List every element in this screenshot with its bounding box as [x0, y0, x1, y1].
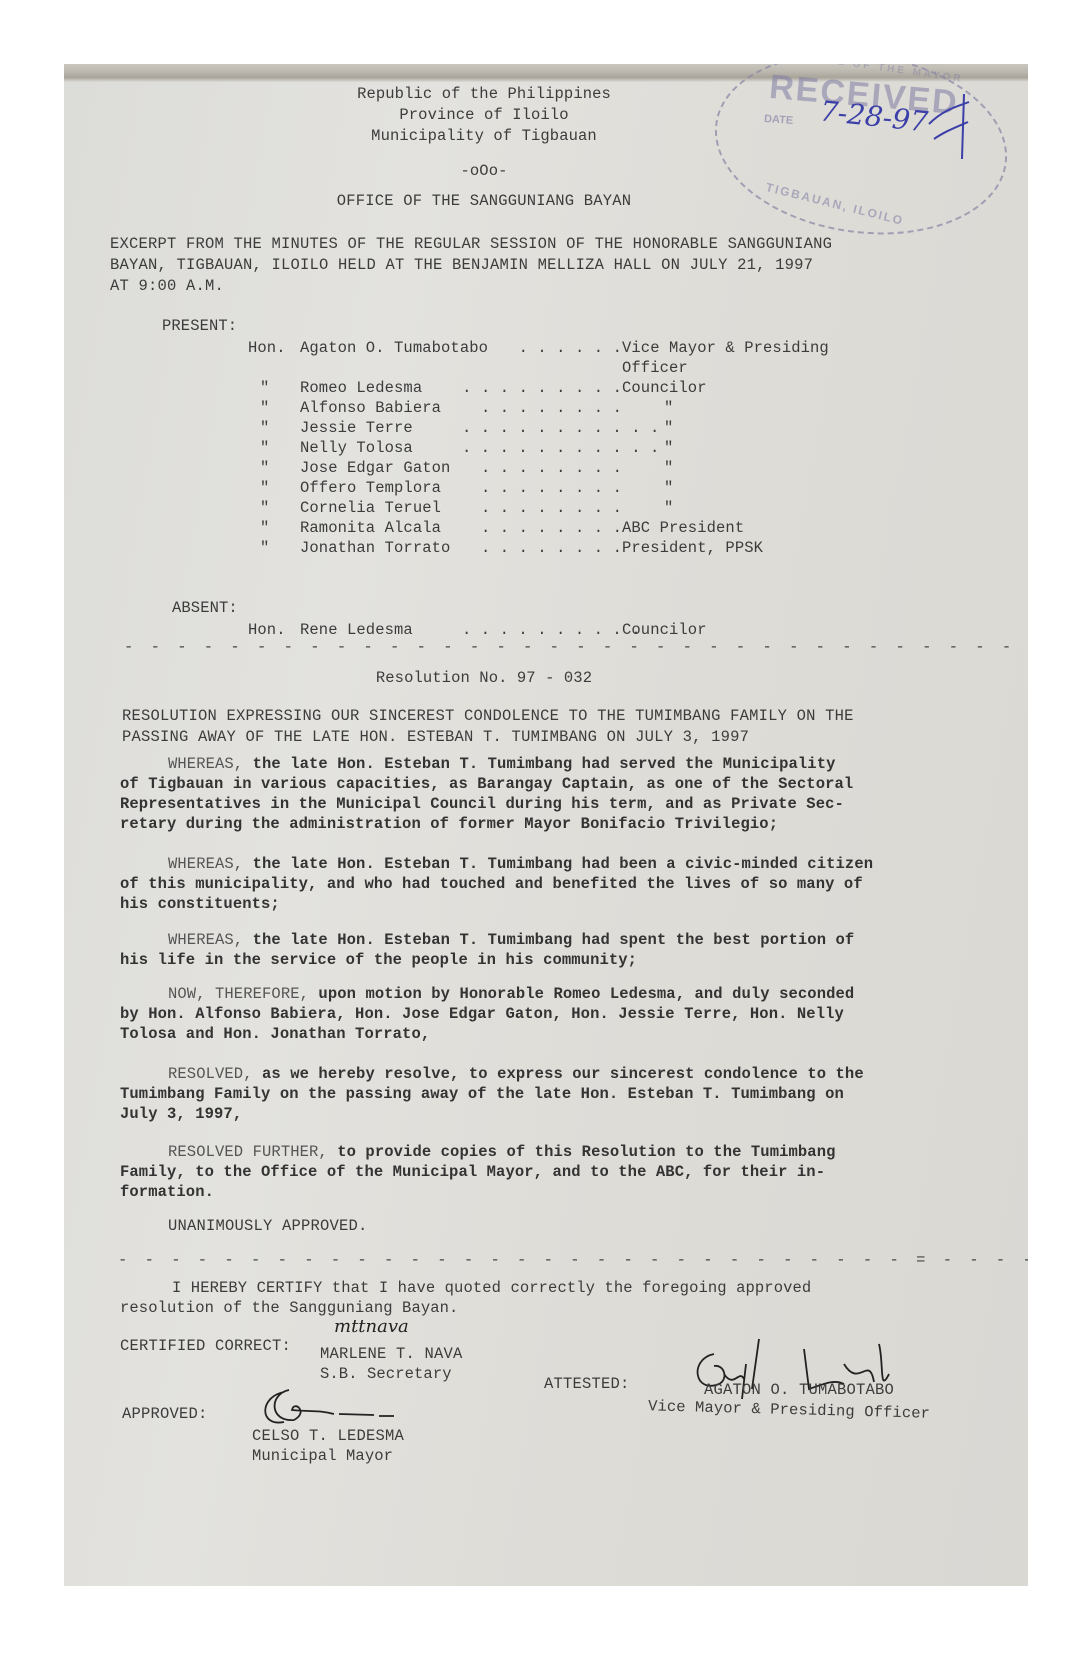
paragraph-line: Tolosa and Hon. Jonathan Torrato, — [120, 1024, 430, 1044]
member-name: Ramonita Alcala — [300, 518, 441, 538]
secretary-title: S.B. Secretary — [320, 1364, 452, 1384]
member-prefix: " — [260, 458, 269, 478]
paragraph-line: formation. — [120, 1182, 214, 1202]
paragraph-first-line: RESOLVED FURTHER, to provide copies of t… — [168, 1142, 836, 1162]
stamp-initial-mark — [924, 84, 974, 164]
paragraph-text: to provide copies of this Resolution to … — [328, 1143, 836, 1161]
mayor-name: CELSO T. LEDESMA — [252, 1426, 404, 1446]
paragraph-line: of this municipality, and who had touche… — [120, 874, 863, 894]
member-name: Jose Edgar Gaton — [300, 458, 450, 478]
secretary-name: MARLENE T. NAVA — [320, 1344, 463, 1364]
member-prefix: " — [260, 418, 269, 438]
paragraph-first-line: RESOLVED, as we hereby resolve, to expre… — [168, 1064, 864, 1084]
attested-label: ATTESTED: — [544, 1374, 630, 1394]
paragraph-lead: RESOLVED FURTHER, — [168, 1143, 328, 1161]
member-position: " — [664, 498, 673, 518]
member-prefix: " — [260, 478, 269, 498]
header-province: Province of Iloilo — [294, 105, 674, 125]
header-office: OFFICE OF THE SANGGUNIANG BAYAN — [274, 191, 694, 211]
member-position: " — [664, 398, 673, 418]
paragraph-text: the late Hon. Esteban T. Tumimbang had s… — [243, 931, 854, 949]
member-prefix: " — [260, 498, 269, 518]
member-leader-dots: . . . . . . . . — [462, 518, 622, 538]
present-label: PRESENT: — [162, 316, 237, 336]
paragraph-text: the late Hon. Esteban T. Tumimbang had s… — [243, 755, 835, 773]
paragraph-lead: WHEREAS, — [168, 755, 243, 773]
mayor-title: Municipal Mayor — [252, 1446, 393, 1466]
member-prefix: Hon. — [248, 338, 286, 358]
approval-statement: UNANIMOUSLY APPROVED. — [168, 1216, 368, 1236]
header-municipality: Municipality of Tigbauan — [294, 126, 674, 146]
member-position-cont: Officer — [622, 358, 688, 378]
resolution-title-line-2: PASSING AWAY OF THE LATE HON. ESTEBAN T.… — [122, 727, 749, 747]
secretary-signature: mttnava — [334, 1316, 409, 1337]
member-position: " — [664, 438, 673, 458]
certified-correct-label: CERTIFIED CORRECT: — [120, 1336, 291, 1356]
member-prefix: Hon. — [248, 620, 286, 640]
resolution-title-line-1: RESOLUTION EXPRESSING OUR SINCEREST COND… — [122, 706, 854, 726]
paragraph-lead: WHEREAS, — [168, 931, 243, 949]
divider-line-2: - - - - - - - - - - - - - - - - - - - - … — [118, 1251, 1028, 1269]
member-leader-dots: . . . . . . . . . . — [462, 620, 622, 640]
member-prefix: " — [260, 438, 269, 458]
member-name: Jessie Terre — [300, 418, 413, 438]
member-prefix: " — [260, 518, 269, 538]
paragraph-line: Family, to the Office of the Municipal M… — [120, 1162, 825, 1182]
excerpt-line-2: BAYAN, TIGBAUAN, ILOILO HELD AT THE BENJ… — [110, 255, 813, 275]
paragraph-lead: WHEREAS, — [168, 855, 243, 873]
member-name: Agaton O. Tumabotabo — [300, 338, 488, 358]
mayor-signature — [254, 1382, 444, 1432]
paragraph-line: Representatives in the Municipal Council… — [120, 794, 844, 814]
header-republic: Republic of the Philippines — [294, 84, 674, 104]
member-position: " — [664, 458, 673, 478]
divider-line: - - - - - - - - - - - - - - - - - - - - … — [124, 638, 1028, 656]
member-leader-dots: . . . . . . . . — [462, 478, 622, 498]
member-position: " — [664, 478, 673, 498]
member-leader-dots: . . . . . . . . . . . — [462, 418, 622, 438]
paragraph-line: by Hon. Alfonso Babiera, Hon. Jose Edgar… — [120, 1004, 844, 1024]
paragraph-line: his constituents; — [120, 894, 280, 914]
member-position: Vice Mayor & Presiding — [622, 338, 829, 358]
member-name: Jonathan Torrato — [300, 538, 450, 558]
paragraph-text: upon motion by Honorable Romeo Ledesma, … — [309, 985, 854, 1003]
member-position: ABC President — [622, 518, 744, 538]
member-name: Romeo Ledesma — [300, 378, 422, 398]
paragraph-first-line: WHEREAS, the late Hon. Esteban T. Tumimb… — [168, 930, 854, 950]
member-leader-dots: . . . . . . . . — [462, 538, 622, 558]
document-page: Republic of the Philippines Province of … — [64, 64, 1028, 1586]
member-name: Cornelia Teruel — [300, 498, 441, 518]
member-position: " — [664, 418, 673, 438]
certification-line-1: I HEREBY CERTIFY that I have quoted corr… — [172, 1278, 811, 1298]
member-name: Nelly Tolosa — [300, 438, 413, 458]
paragraph-line: July 3, 1997, — [120, 1104, 242, 1124]
absent-label: ABSENT: — [172, 598, 238, 618]
paragraph-line: retary during the administration of form… — [120, 814, 778, 834]
member-position: Councilor — [622, 378, 707, 398]
member-position: President, PPSK — [622, 538, 763, 558]
member-leader-dots: . . . . . . — [462, 338, 622, 358]
member-name: Offero Templora — [300, 478, 441, 498]
paragraph-line: Tumimbang Family on the passing away of … — [120, 1084, 844, 1104]
member-leader-dots: . . . . . . . . — [462, 498, 622, 518]
member-leader-dots: . . . . . . . . — [462, 458, 622, 478]
paragraph-lead: RESOLVED, — [168, 1065, 253, 1083]
attester-name: AGATON O. TUMABOTABO — [704, 1380, 894, 1400]
paragraph-lead: NOW, THEREFORE, — [168, 985, 309, 1003]
stamp-date-label: DATE — [764, 113, 794, 127]
header-separator: -oOo- — [294, 161, 674, 181]
member-prefix: " — [260, 538, 269, 558]
paragraph-first-line: WHEREAS, the late Hon. Esteban T. Tumimb… — [168, 854, 873, 874]
member-prefix: " — [260, 398, 269, 418]
excerpt-line-1: EXCERPT FROM THE MINUTES OF THE REGULAR … — [110, 234, 832, 254]
member-leader-dots: . . . . . . . . . . . — [462, 438, 622, 458]
member-position: Councilor — [622, 620, 707, 640]
paragraph-first-line: WHEREAS, the late Hon. Esteban T. Tumimb… — [168, 754, 836, 774]
member-name: Alfonso Babiera — [300, 398, 441, 418]
certification-line-2: resolution of the Sangguniang Bayan. — [120, 1298, 458, 1318]
member-leader-dots: . . . . . . . . . — [462, 378, 622, 398]
paragraph-text: the late Hon. Esteban T. Tumimbang had b… — [243, 855, 873, 873]
excerpt-line-3: AT 9:00 A.M. — [110, 276, 224, 296]
member-prefix: " — [260, 378, 269, 398]
paragraph-line: his life in the service of the people in… — [120, 950, 637, 970]
member-name: Rene Ledesma — [300, 620, 413, 640]
resolution-number: Resolution No. 97 - 032 — [294, 668, 674, 688]
approved-label: APPROVED: — [122, 1404, 208, 1424]
member-leader-dots: . . . . . . . . — [462, 398, 622, 418]
paragraph-text: as we hereby resolve, to express our sin… — [253, 1065, 864, 1083]
paragraph-first-line: NOW, THEREFORE, upon motion by Honorable… — [168, 984, 854, 1004]
paragraph-line: of Tigbauan in various capacities, as Ba… — [120, 774, 853, 794]
